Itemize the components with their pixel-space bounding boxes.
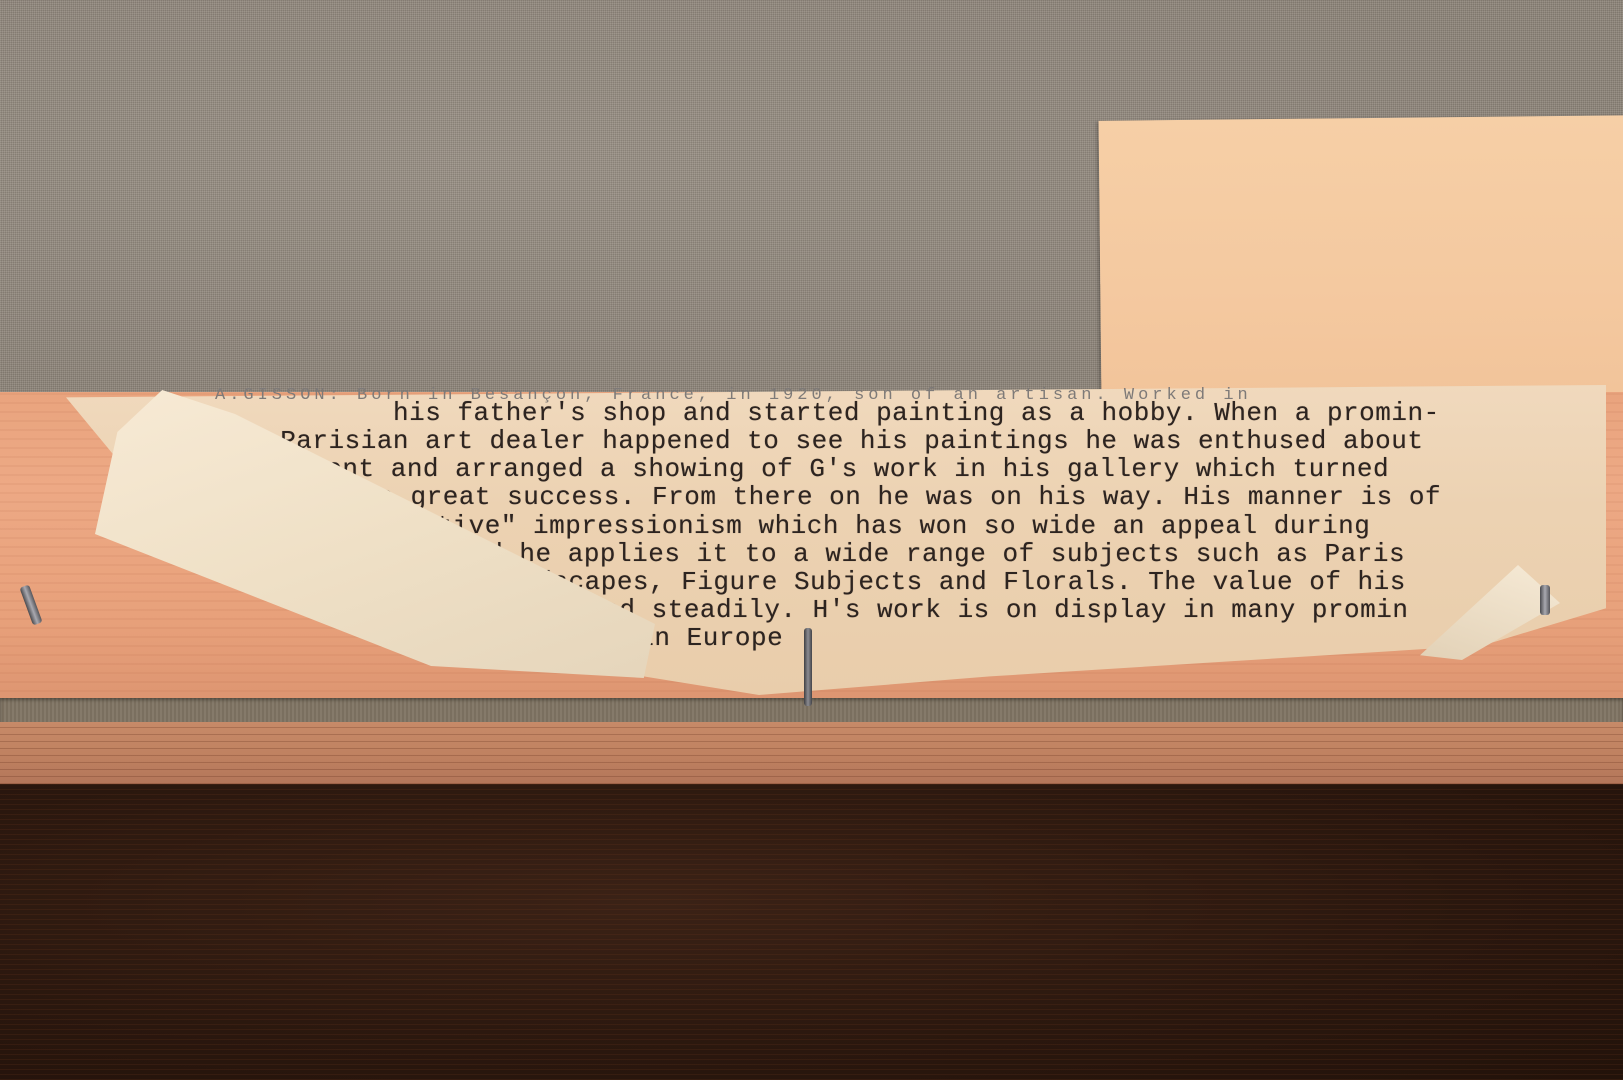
nail-icon <box>1540 585 1550 615</box>
label-line-5: ervative" impressionism which has won so… <box>372 511 1370 541</box>
label-line-7: Landscapes, Figure Subjects and Florals.… <box>488 567 1406 597</box>
label-line-1: his father's shop and started painting a… <box>393 398 1440 428</box>
dark-frame <box>0 784 1623 1080</box>
label-line-2: t Parisian art dealer happened to see hi… <box>248 426 1424 456</box>
painting-back-photo: A.GISSON: Born in Besançon, France, in 1… <box>0 0 1623 1080</box>
label-line-4: he a great success. From there on he was… <box>330 482 1441 512</box>
salmon-card <box>1099 115 1623 401</box>
label-line-3: talent and arranged a showing of G's wor… <box>278 454 1389 484</box>
staple-icon <box>804 628 812 706</box>
label-line-8: eased steadily. H's work is on display i… <box>555 595 1408 625</box>
frame-lip <box>0 722 1623 784</box>
label-line-6: and he applies it to a wide range of sub… <box>455 539 1405 569</box>
